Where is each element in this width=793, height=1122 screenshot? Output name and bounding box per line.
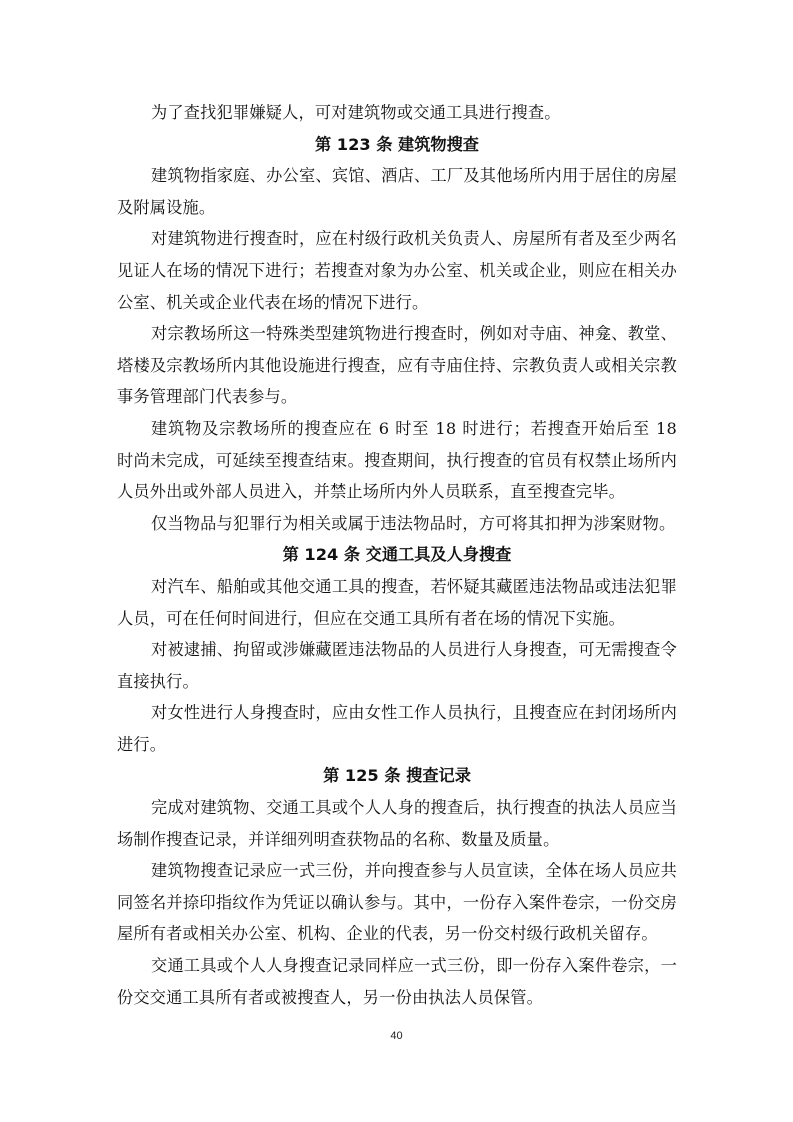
paragraph: 建筑物及宗教场所的搜查应在 6 时至 18 时进行；若搜查开始后至 18 时尚未…	[117, 413, 677, 508]
paragraph: 对被逮捕、拘留或涉嫌藏匿违法物品的人员进行人身搜查，可无需搜查令直接执行。	[117, 634, 677, 697]
paragraph: 建筑物搜查记录应一式三份，并向搜查参与人员宣读，全体在场人员应共同签名并捺印指纹…	[117, 855, 677, 950]
article-heading-124: 第 124 条 交通工具及人身搜查	[117, 539, 677, 571]
paragraph: 仅当物品与犯罪行为相关或属于违法物品时，方可将其扣押为涉案财物。	[117, 508, 677, 540]
page-number: 40	[0, 1030, 793, 1042]
paragraph: 对宗教场所这一特殊类型建筑物进行搜查时，例如对寺庙、神龛、教堂、塔楼及宗教场所内…	[117, 318, 677, 413]
paragraph: 对汽车、船舶或其他交通工具的搜查，若怀疑其藏匿违法物品或违法犯罪人员，可在任何时…	[117, 571, 677, 634]
document-body: 为了查找犯罪嫌疑人，可对建筑物或交通工具进行搜查。 第 123 条 建筑物搜查 …	[117, 97, 677, 1013]
paragraph: 对建筑物进行搜查时，应在村级行政机关负责人、房屋所有者及至少两名见证人在场的情况…	[117, 223, 677, 318]
paragraph: 对女性进行人身搜查时，应由女性工作人员执行，且搜查应在封闭场所内进行。	[117, 697, 677, 760]
paragraph: 为了查找犯罪嫌疑人，可对建筑物或交通工具进行搜查。	[117, 97, 677, 129]
article-heading-125: 第 125 条 搜查记录	[117, 760, 677, 792]
article-heading-123: 第 123 条 建筑物搜查	[117, 129, 677, 161]
paragraph: 交通工具或个人人身搜查记录同样应一式三份，即一份存入案件卷宗，一份交交通工具所有…	[117, 950, 677, 1013]
paragraph: 完成对建筑物、交通工具或个人人身的搜查后，执行搜查的执法人员应当场制作搜查记录，…	[117, 792, 677, 855]
document-page: 为了查找犯罪嫌疑人，可对建筑物或交通工具进行搜查。 第 123 条 建筑物搜查 …	[0, 0, 793, 1122]
paragraph: 建筑物指家庭、办公室、宾馆、酒店、工厂及其他场所内用于居住的房屋及附属设施。	[117, 160, 677, 223]
